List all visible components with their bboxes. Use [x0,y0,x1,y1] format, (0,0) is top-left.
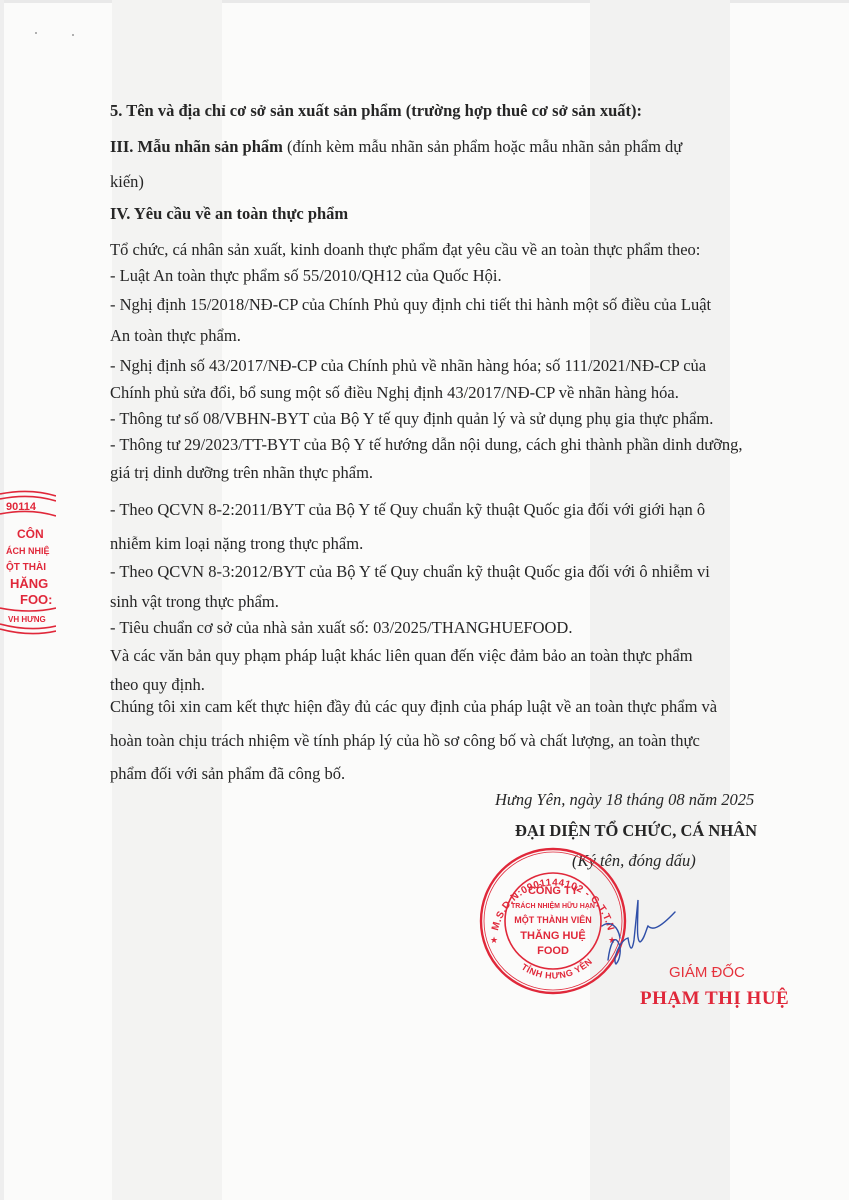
svg-text:HĂNG: HĂNG [10,576,48,591]
seal-line: MỘT THÀNH VIÊN [514,914,592,925]
seal-line: FOOD [537,945,569,957]
seal-line: THĂNG HUỆ [520,929,585,942]
scan-speck [72,34,74,36]
regulation-line: - Nghị định số 43/2017/NĐ-CP của Chính p… [110,356,706,376]
side-seal-line: 90114 [6,501,37,513]
commitment-line: hoàn toàn chịu trách nhiệm về tính pháp … [110,731,700,751]
regulation-line: - Nghị định 15/2018/NĐ-CP của Chính Phủ … [110,295,711,315]
section-4-heading: IV. Yêu cầu về an toàn thực phẩm [110,204,348,224]
section-4-intro: Tổ chức, cá nhân sản xuất, kinh doanh th… [110,240,700,260]
regulation-line: giá trị dinh dưỡng trên nhãn thực phẩm. [110,463,373,483]
regulation-line: Chính phủ sửa đổi, bổ sung một số điều N… [110,383,679,403]
svg-text:CÔN: CÔN [17,526,44,541]
commitment-line: Chúng tôi xin cam kết thực hiện đầy đủ c… [110,697,717,717]
regulation-line: - Theo QCVN 8-3:2012/BYT của Bộ Y tế Quy… [110,562,710,582]
regulation-line: nhiễm kim loại nặng trong thực phẩm. [110,534,363,554]
regulation-line: - Thông tư 29/2023/TT-BYT của Bộ Y tế hư… [110,435,743,455]
section-3-text: (đính kèm mẫu nhãn sản phẩm hoặc mẫu nhã… [283,137,682,156]
section-3-heading: III. Mẫu nhãn sản phẩm [110,137,283,156]
svg-text:ỘT THÀI: ỘT THÀI [6,560,46,573]
section-5-heading: 5. Tên và địa chỉ cơ sở sản xuất sản phẩ… [110,101,642,121]
seal-line: CÔNG TY [528,884,579,897]
regulation-line: An toàn thực phẩm. [110,326,241,346]
regulation-line: - Theo QCVN 8-2:2011/BYT của Bộ Y tế Quy… [110,500,705,520]
scan-speck [35,32,37,34]
partial-company-seal: 90114 CÔN ÁCH NHIỆ ỘT THÀI HĂNG FOO: VH … [0,486,56,636]
representative-heading: ĐẠI DIỆN TỔ CHỨC, CÁ NHÂN [515,821,757,841]
director-name: PHẠM THỊ HUỆ [640,988,789,1010]
regulation-line: - Luật An toàn thực phẩm số 55/2010/QH12… [110,266,502,286]
svg-text:VH HƯNG: VH HƯNG [8,615,46,624]
closing-line: Và các văn bản quy phạm pháp luật khác l… [110,646,693,666]
regulation-line: sinh vật trong thực phẩm. [110,592,279,612]
closing-line: theo quy định. [110,675,205,695]
section-3-continuation: kiến) [110,172,144,192]
regulation-line: - Thông tư số 08/VBHN-BYT của Bộ Y tế qu… [110,409,713,429]
svg-text:★: ★ [490,935,498,945]
regulation-line: - Tiêu chuẩn cơ sở của nhà sản xuất số: … [110,618,572,638]
commitment-line: phẩm đối với sản phẩm đã công bố. [110,764,345,784]
place-date: Hưng Yên, ngày 18 tháng 08 năm 2025 [495,790,754,810]
svg-text:FOO:: FOO: [20,592,53,607]
svg-text:ÁCH NHIỆ: ÁCH NHIỆ [6,545,50,556]
director-title: GIÁM ĐỐC [669,964,745,981]
seal-line: TRÁCH NHIỆM HỮU HẠN [511,901,595,910]
section-3-paragraph: III. Mẫu nhãn sản phẩm (đính kèm mẫu nhã… [110,137,682,157]
scan-shading [590,0,730,1200]
handwritten-signature [600,890,680,970]
